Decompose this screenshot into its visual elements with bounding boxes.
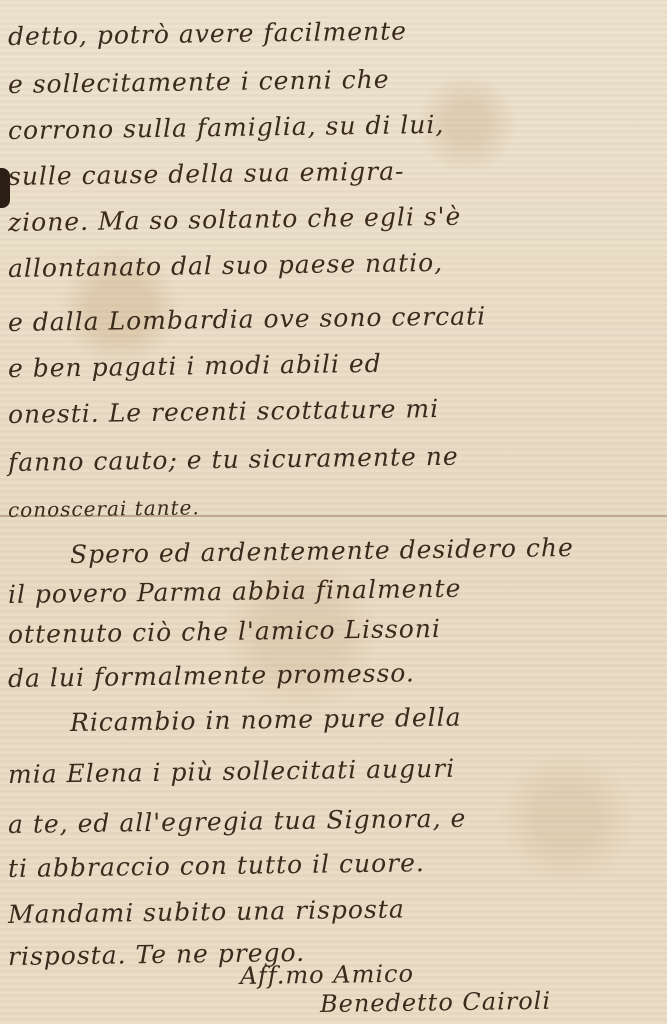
letter-line: allontanato dal suo paese natio,: [8, 248, 444, 283]
letter-line: e sollecitamente i cenni che: [8, 65, 390, 99]
letter-line: e ben pagati i modi abili ed: [8, 349, 382, 383]
letter-line: onesti. Le recenti scottature mi: [8, 394, 439, 429]
letter-line: fanno cauto; e tu sicuramente ne: [8, 442, 459, 477]
letter-line: detto, potrò avere facilmente: [8, 16, 407, 51]
letter-line: conoscerai tante.: [8, 495, 200, 522]
letter-signature: Benedetto Cairoli: [320, 987, 551, 1018]
letter-line: a te, ed all'egregia tua Signora, e: [8, 804, 467, 839]
letter-line: Spero ed ardentemente desidero che: [70, 533, 574, 569]
letter-page: detto, potrò avere facilmente e sollecit…: [0, 0, 667, 1024]
letter-line: da lui formalmente promesso.: [8, 658, 415, 693]
letter-line: sulle cause della sua emigra-: [8, 156, 405, 191]
letter-line: ti abbraccio con tutto il cuore.: [8, 848, 425, 883]
letter-line: mia Elena i più sollecitati auguri: [8, 754, 456, 789]
letter-line: e dalla Lombardia ove sono cercati: [8, 301, 487, 337]
letter-line: ottenuto ciò che l'amico Lissoni: [8, 614, 441, 649]
letter-line: Ricambio in nome pure della: [70, 703, 462, 737]
letter-line: zione. Ma so soltanto che egli s'è: [8, 202, 462, 237]
letter-closing: Aff.mo Amico: [240, 960, 414, 990]
letter-line: corrono sulla famiglia, su di lui,: [8, 110, 445, 145]
letter-line: il povero Parma abbia finalmente: [8, 574, 462, 609]
letter-line: Mandami subito una risposta: [8, 894, 405, 929]
